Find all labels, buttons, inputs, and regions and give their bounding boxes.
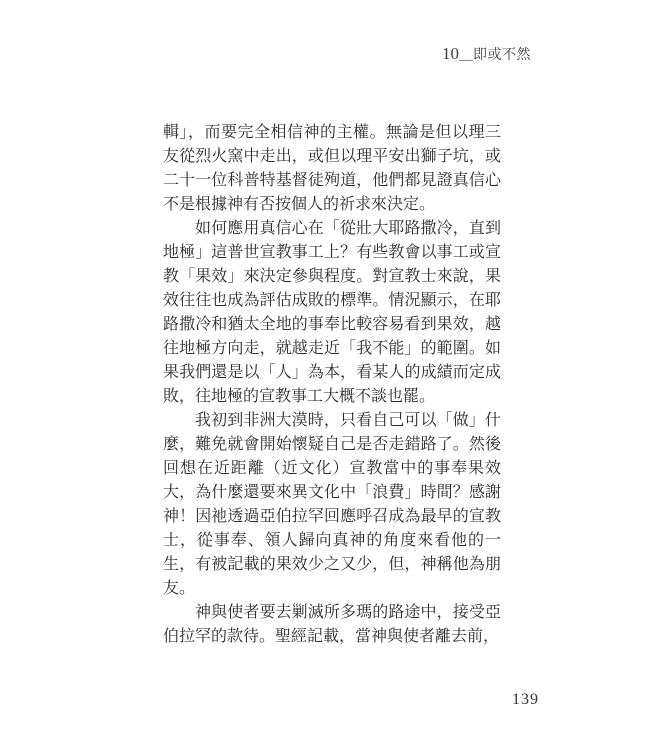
paragraph: 我初到非洲大漠時，只看自己可以「做」什麼，難免就會開始懷疑自己是否走錯路了。然後… [163,409,501,601]
body-text-block: 輯」，而要完全相信神的主權。無論是但以理三友從烈火窯中走出，或但以理平安出獅子坑… [163,121,501,649]
paragraph: 如何應用真信心在「從壯大耶路撒冷，直到地極」這普世宣教事工上？有些教會以事工或宣… [163,217,501,409]
chapter-separator: ＿ [459,44,473,64]
chapter-title: 即或不然 [473,44,531,64]
paragraph-continuation: 輯」，而要完全相信神的主權。無論是但以理三友從烈火窯中走出，或但以理平安出獅子坑… [163,121,501,217]
running-head: 10 ＿ 即或不然 [442,44,531,64]
page-number: 139 [512,691,539,709]
paragraph: 神與使者要去剿滅所多瑪的路途中，接受亞伯拉罕的款待。聖經記載，當神與使者離去前， [163,601,501,649]
book-page: 10 ＿ 即或不然 輯」，而要完全相信神的主權。無論是但以理三友從烈火窯中走出，… [0,0,650,750]
chapter-number: 10 [442,44,459,64]
